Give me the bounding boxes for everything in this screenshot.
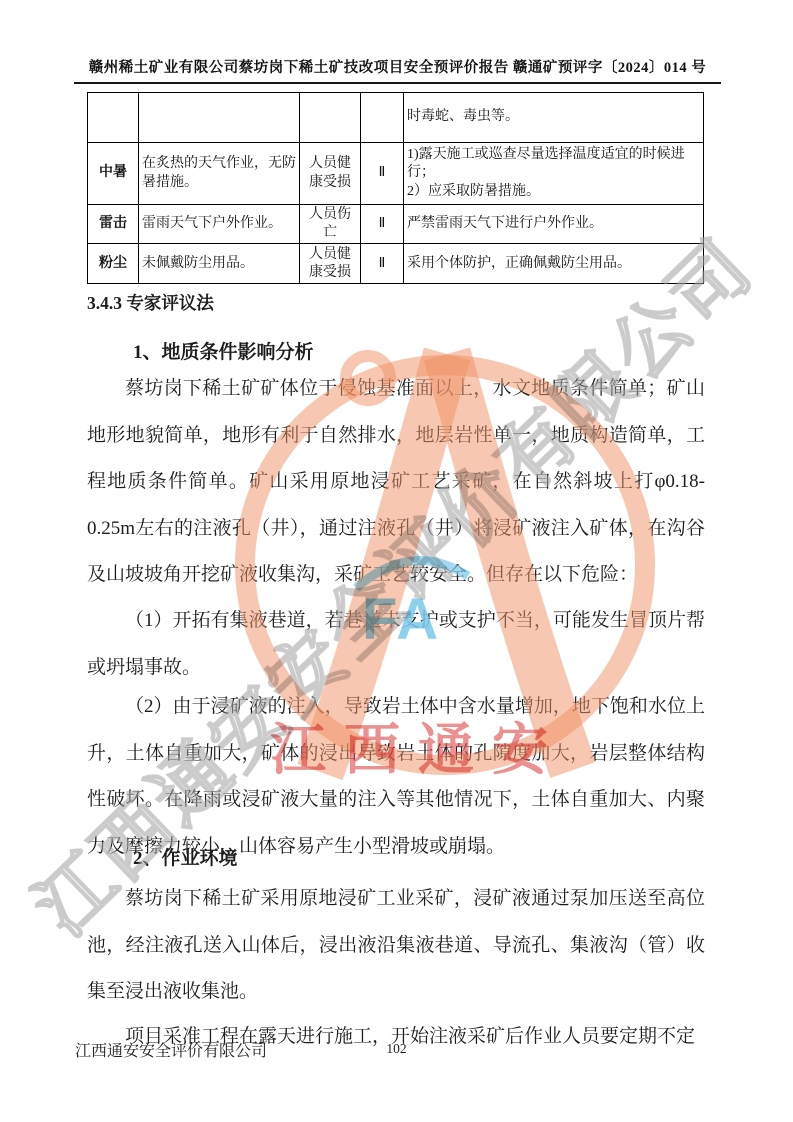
subheading-geology: 1、地质条件影响分析 xyxy=(87,338,751,368)
cell-hazard xyxy=(88,93,139,143)
page-header-title: 赣州稀土矿业有限公司蔡坊岗下稀土矿技改项目安全预评价报告 赣通矿预评字〔2024… xyxy=(74,56,721,84)
subheading-environment: 2、作业环境 xyxy=(87,844,751,874)
table-row-continued: 时毒蛇、毒虫等。 xyxy=(88,93,704,143)
table-row-lightning: 雷击 雷雨天气下户外作业。 人员伤亡 Ⅱ 严禁雷雨天气下进行户外作业。 xyxy=(88,205,704,244)
cell-cause: 在炙热的天气作业，无防暑措施。 xyxy=(139,143,300,205)
section-heading-343: 3.4.3 专家评议法 xyxy=(87,290,705,316)
cell-level: Ⅱ xyxy=(361,205,404,244)
hazard-table: 时毒蛇、毒虫等。 中暑 在炙热的天气作业，无防暑措施。 人员健康受损 Ⅱ 1)露… xyxy=(87,92,704,284)
cell-level: Ⅱ xyxy=(361,244,404,284)
cell-level: Ⅱ xyxy=(361,143,404,205)
cell-level xyxy=(361,93,404,143)
paragraph-geology-1: 蔡坊岗下稀土矿矿体位于侵蚀基准面以上，水文地质条件简单；矿山地形地貌简单，地形有… xyxy=(87,366,705,599)
cell-consequence xyxy=(300,93,361,143)
table-row-dust: 粉尘 未佩戴防尘用品。 人员健康受损 Ⅱ 采用个体防护，正确佩戴防尘用品。 xyxy=(88,244,704,284)
cell-measures: 1)露天施工或巡查尽量选择温度适宜的时候进行； 2）应采取防暑措施。 xyxy=(404,143,704,205)
cell-cause xyxy=(139,93,300,143)
table-row-heatstroke: 中暑 在炙热的天气作业，无防暑措施。 人员健康受损 Ⅱ 1)露天施工或巡查尽量选… xyxy=(88,143,704,205)
paragraph-risk-2: （2）由于浸矿液的注入，导致岩土体中含水量增加，地下饱和水位上升，土体自重加大，… xyxy=(87,684,705,870)
cell-hazard: 中暑 xyxy=(88,143,139,205)
cell-consequence: 人员健康受损 xyxy=(300,143,361,205)
cell-cause: 雷雨天气下户外作业。 xyxy=(139,205,300,244)
cell-measures: 时毒蛇、毒虫等。 xyxy=(404,93,704,143)
paragraph-environment-1: 蔡坊岗下稀土矿采用原地浸矿工业采矿，浸矿液通过泵加压送至高位池，经注液孔送入山体… xyxy=(87,876,705,1016)
paragraph-risk-1: （1）开拓有集液巷道，若巷道未支护或支护不当，可能发生冒顶片帮或坍塌事故。 xyxy=(87,598,705,691)
cell-hazard: 粉尘 xyxy=(88,244,139,284)
cell-consequence: 人员伤亡 xyxy=(300,205,361,244)
cell-hazard: 雷击 xyxy=(88,205,139,244)
cell-consequence: 人员健康受损 xyxy=(300,244,361,284)
document-page: 江西通安安全评价有限公司 FA 江西通安 赣州稀土矿业有限公司蔡坊岗下稀土矿技改… xyxy=(0,0,793,1122)
footer-page-number: 102 xyxy=(0,1041,793,1057)
cell-measures: 严禁雷雨天气下进行户外作业。 xyxy=(404,205,704,244)
cell-measures: 采用个体防护，正确佩戴防尘用品。 xyxy=(404,244,704,284)
cell-cause: 未佩戴防尘用品。 xyxy=(139,244,300,284)
